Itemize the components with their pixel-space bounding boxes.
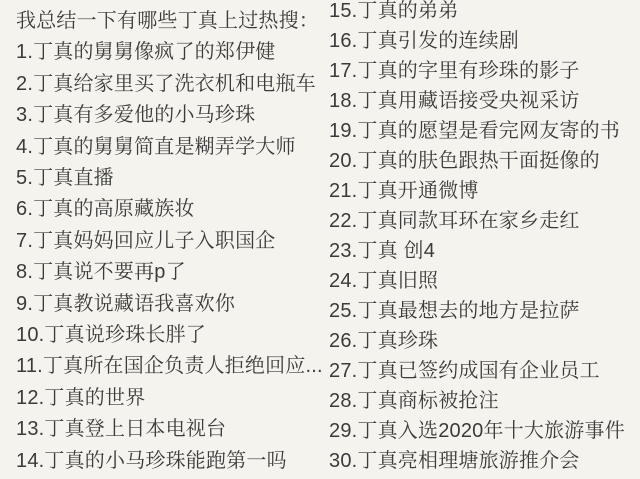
hot-search-item-9: 9.丁真教说藏语我喜欢你: [16, 289, 323, 320]
hot-search-item-18: 18.丁真用藏语接受央视采访: [329, 86, 625, 116]
hot-search-item-28: 28.丁真商标被抢注: [329, 386, 625, 416]
hot-search-item-6: 6.丁真的高原藏族妆: [16, 194, 323, 225]
hot-search-item-7: 7.丁真妈妈回应儿子入职国企: [16, 226, 323, 257]
hot-search-item-4: 4.丁真的舅舅简直是糊弄学大师: [16, 132, 323, 163]
hot-search-item-3: 3.丁真有多爱他的小马珍珠: [16, 100, 323, 131]
hot-search-item-22: 22.丁真同款耳环在家乡走红: [329, 206, 625, 236]
hot-search-item-11: 11.丁真所在国企负责人拒绝回应...: [16, 351, 323, 382]
hot-search-item-15: 15.丁真的弟弟: [329, 0, 625, 26]
hot-search-item-29: 29.丁真入选2020年十大旅游事件: [329, 416, 625, 446]
hot-search-item-12: 12.丁真的世界: [16, 383, 323, 414]
hot-search-item-24: 24.丁真旧照: [329, 266, 625, 296]
hot-search-item-21: 21.丁真开通微博: [329, 176, 625, 206]
hot-search-item-5: 5.丁真直播: [16, 163, 323, 194]
hot-search-item-1: 1.丁真的舅舅像疯了的郑伊健: [16, 37, 323, 68]
hot-search-item-19: 19.丁真的愿望是看完网友寄的书: [329, 116, 625, 146]
hot-search-item-16: 16.丁真引发的连续剧: [329, 26, 625, 56]
hot-search-item-2: 2.丁真给家里买了洗衣机和电瓶车: [16, 69, 323, 100]
right-column: 15.丁真的弟弟 16.丁真引发的连续剧 17.丁真的字里有珍珠的影子 18.丁…: [329, 0, 625, 476]
hot-search-item-25: 25.丁真最想去的地方是拉萨: [329, 296, 625, 326]
post-header: 我总结一下有哪些丁真上过热搜：: [16, 6, 323, 37]
left-column: 我总结一下有哪些丁真上过热搜： 1.丁真的舅舅像疯了的郑伊健 2.丁真给家里买了…: [16, 6, 323, 477]
hot-search-item-13: 13.丁真登上日本电视台: [16, 414, 323, 445]
hot-search-item-20: 20.丁真的肤色跟热干面挺像的: [329, 146, 625, 176]
hot-search-item-10: 10.丁真说珍珠长胖了: [16, 320, 323, 351]
hot-search-item-17: 17.丁真的字里有珍珠的影子: [329, 56, 625, 86]
hot-search-item-30: 30.丁真亮相理塘旅游推介会: [329, 446, 625, 476]
hot-search-item-27: 27.丁真已签约成国有企业员工: [329, 356, 625, 386]
hot-search-item-26: 26.丁真珍珠: [329, 326, 625, 356]
hot-search-item-8: 8.丁真说不要再p了: [16, 257, 323, 288]
post-screenshot: 我总结一下有哪些丁真上过热搜： 1.丁真的舅舅像疯了的郑伊健 2.丁真给家里买了…: [0, 0, 640, 479]
hot-search-item-23: 23.丁真 创4: [329, 236, 625, 266]
hot-search-item-14: 14.丁真的小马珍珠能跑第一吗: [16, 446, 323, 477]
